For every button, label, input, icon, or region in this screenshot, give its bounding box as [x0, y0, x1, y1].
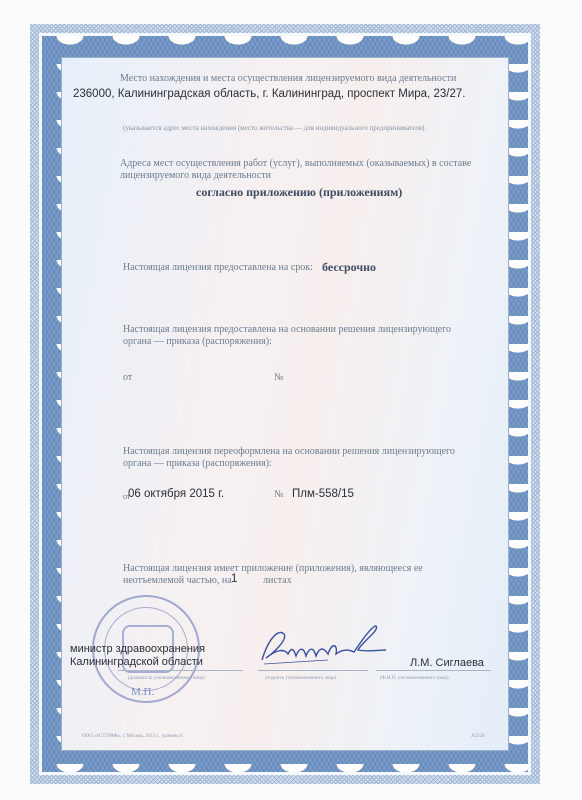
location-hint: (указывается адрес места нахождения (мес… [123, 122, 426, 134]
granted-basis-2: органа — приказа (распоряжения): [123, 336, 272, 348]
term-label: Настоящая лицензия предоставлена на срок… [123, 262, 313, 274]
reissued-basis-1: Настоящая лицензия переоформлена на осно… [123, 446, 455, 458]
granted-from-label: от [123, 372, 132, 384]
signer-position-2: Калининградской области [70, 656, 203, 668]
granted-number-label: № [274, 372, 284, 384]
signer-name: Л.М. Сиглаева [410, 657, 484, 669]
appendix-text-1: Настоящая лицензия имеет приложение (при… [123, 563, 423, 575]
work-addresses-label-1: Адреса мест осуществления работ (услуг),… [120, 158, 471, 170]
printer-note: ООО «Н.Т.ГРАФ», г. Москва, 2013 г., уров… [82, 731, 183, 743]
reissued-number-label: № [274, 489, 284, 501]
granted-basis-1: Настоящая лицензия предоставлена на осно… [123, 324, 451, 336]
appendix-text-2: неотъемлемой частью, на [123, 575, 232, 587]
stamp-label: М.П. [131, 686, 154, 698]
reissued-date: 06 октября 2015 г. [128, 488, 224, 500]
form-number: А3226 [471, 731, 485, 743]
position-line [118, 670, 243, 671]
signature-caption: (подпись уполномоченного лица) [265, 673, 336, 685]
work-addresses-value: согласно приложению (приложениям) [196, 185, 402, 200]
reissued-number: Плм-558/15 [292, 488, 354, 500]
location-label: Место нахождения и места осуществления л… [120, 73, 456, 85]
reissued-basis-2: органа — приказа (распоряжения): [123, 458, 272, 470]
location-value: 236000, Калининградская область, г. Кали… [73, 88, 465, 100]
signer-position-1: министр здравоохранения [70, 643, 205, 655]
position-caption: (должность уполномоченного лица) [128, 673, 205, 685]
name-line [376, 670, 491, 671]
appendix-unit: листах [263, 575, 292, 587]
signature-line [258, 670, 368, 671]
name-caption: (Ф.И.О. уполномоченного лица) [380, 673, 449, 685]
appendix-count: 1 [231, 573, 237, 585]
term-value: бессрочно [322, 260, 376, 275]
work-addresses-label-2: лицензируемого вида деятельности [120, 170, 271, 182]
signature-image [258, 620, 388, 670]
